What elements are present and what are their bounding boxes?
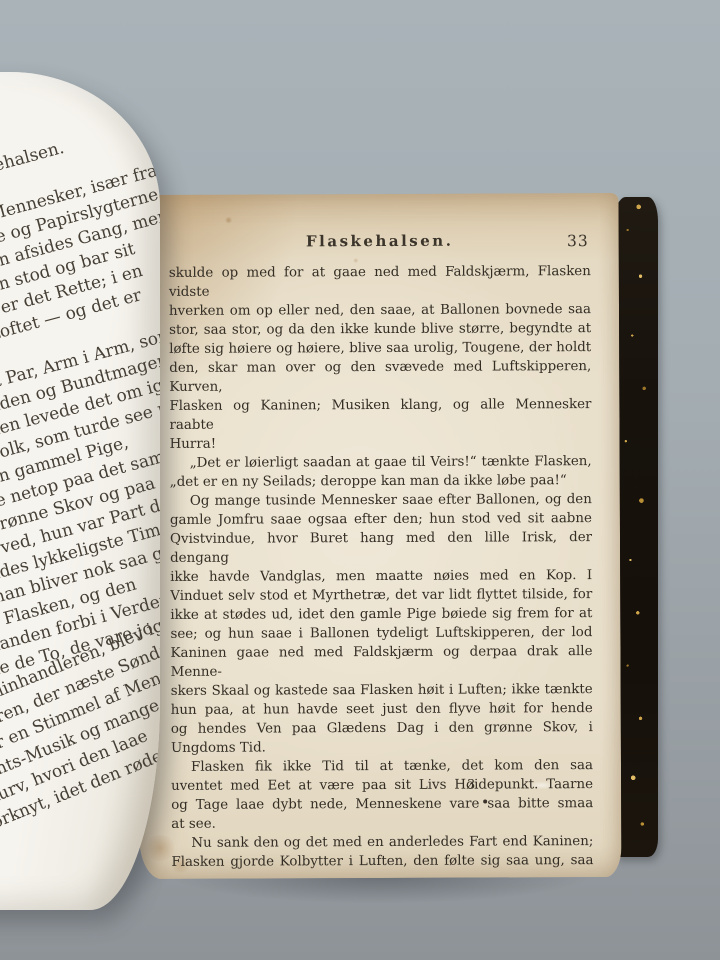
text-line: og Tage laae dybt nede, Menneskene vare … [171,794,593,815]
text-line: at see. [171,813,593,834]
page-header: Flaskehalsen. 33 [169,231,591,255]
text-line: „Det er løierligt saadan at gaae til Vei… [170,452,592,473]
text-line: Nu sank den og det med en anderledes Far… [171,832,593,853]
page-body-text: skulde op med for at gaae ned med Faldsk… [169,262,594,872]
text-line: uventet med Eet at være paa sit Livs Høi… [171,775,593,796]
text-line: Qvistvindue, hvor Buret hang med den lil… [170,528,592,568]
chapter-running-title: Flaskehalsen. [169,231,591,251]
text-line: Flasken gjorde Kolbytter i Luften, den f… [171,851,593,872]
page-number: 33 [567,232,589,250]
text-line: ikke at stødes ud, idet den gamle Pige b… [170,604,592,625]
text-line: Flasken fik ikke Tid til at tænke, det k… [171,756,593,777]
foxing-spot [225,217,233,224]
signature-mark: 3 [461,778,481,793]
text-line: Vinduet selv stod et Myrthetræ, det var … [170,585,592,606]
text-line: gamle Jomfru saae ogsaa efter den; hun s… [170,509,592,530]
left-page-curled: lehalsen.Mennesker, især fra dente og Pa… [0,72,160,910]
text-line: stor, saa stor, og da den ikke kunde bli… [169,319,591,340]
text-line: den, skar man over og den svævede med Lu… [169,357,591,397]
text-line: Flasken og Kaninen; Musiken klang, og al… [169,395,591,435]
text-line: Hurra! [170,433,592,454]
right-page: Flaskehalsen. 33 skulde op med for at ga… [137,193,622,879]
text-line: Ungdoms Tid. [171,737,593,758]
left-page-text-lower: Viinhandleren, blev igjen fyldteren, der… [0,684,160,840]
text-line: see; og hun saae i Ballonen tydeligt Luf… [170,623,592,644]
text-line: ikke havde Vandglas, men maatte nøies me… [170,566,592,587]
text-line: Kaninen gaae ned med Faldskjærm og derpa… [170,642,592,682]
text-line: løfte sig høiere og høiere, blive saa ur… [169,338,591,359]
text-line: skulde op med for at gaae ned med Faldsk… [169,262,591,302]
book-photo: { "scene": { "background_top_color": "#a… [0,0,720,960]
text-line: skers Skaal og kastede saa Flasken høit … [171,680,593,701]
text-line: Og mange tusinde Mennesker saae efter Ba… [170,490,592,511]
text-line: „det er en ny Seilads; deroppe kan man d… [170,471,592,492]
text-line: hun paa, at hun havde seet just den flyv… [171,699,593,720]
left-page-text-upper: lehalsen.Mennesker, især fra dente og Pa… [0,156,160,684]
text-line: hverken om op eller ned, den saae, at Ba… [169,300,591,321]
text-line: og hendes Ven paa Glædens Dag i den grøn… [171,718,593,739]
